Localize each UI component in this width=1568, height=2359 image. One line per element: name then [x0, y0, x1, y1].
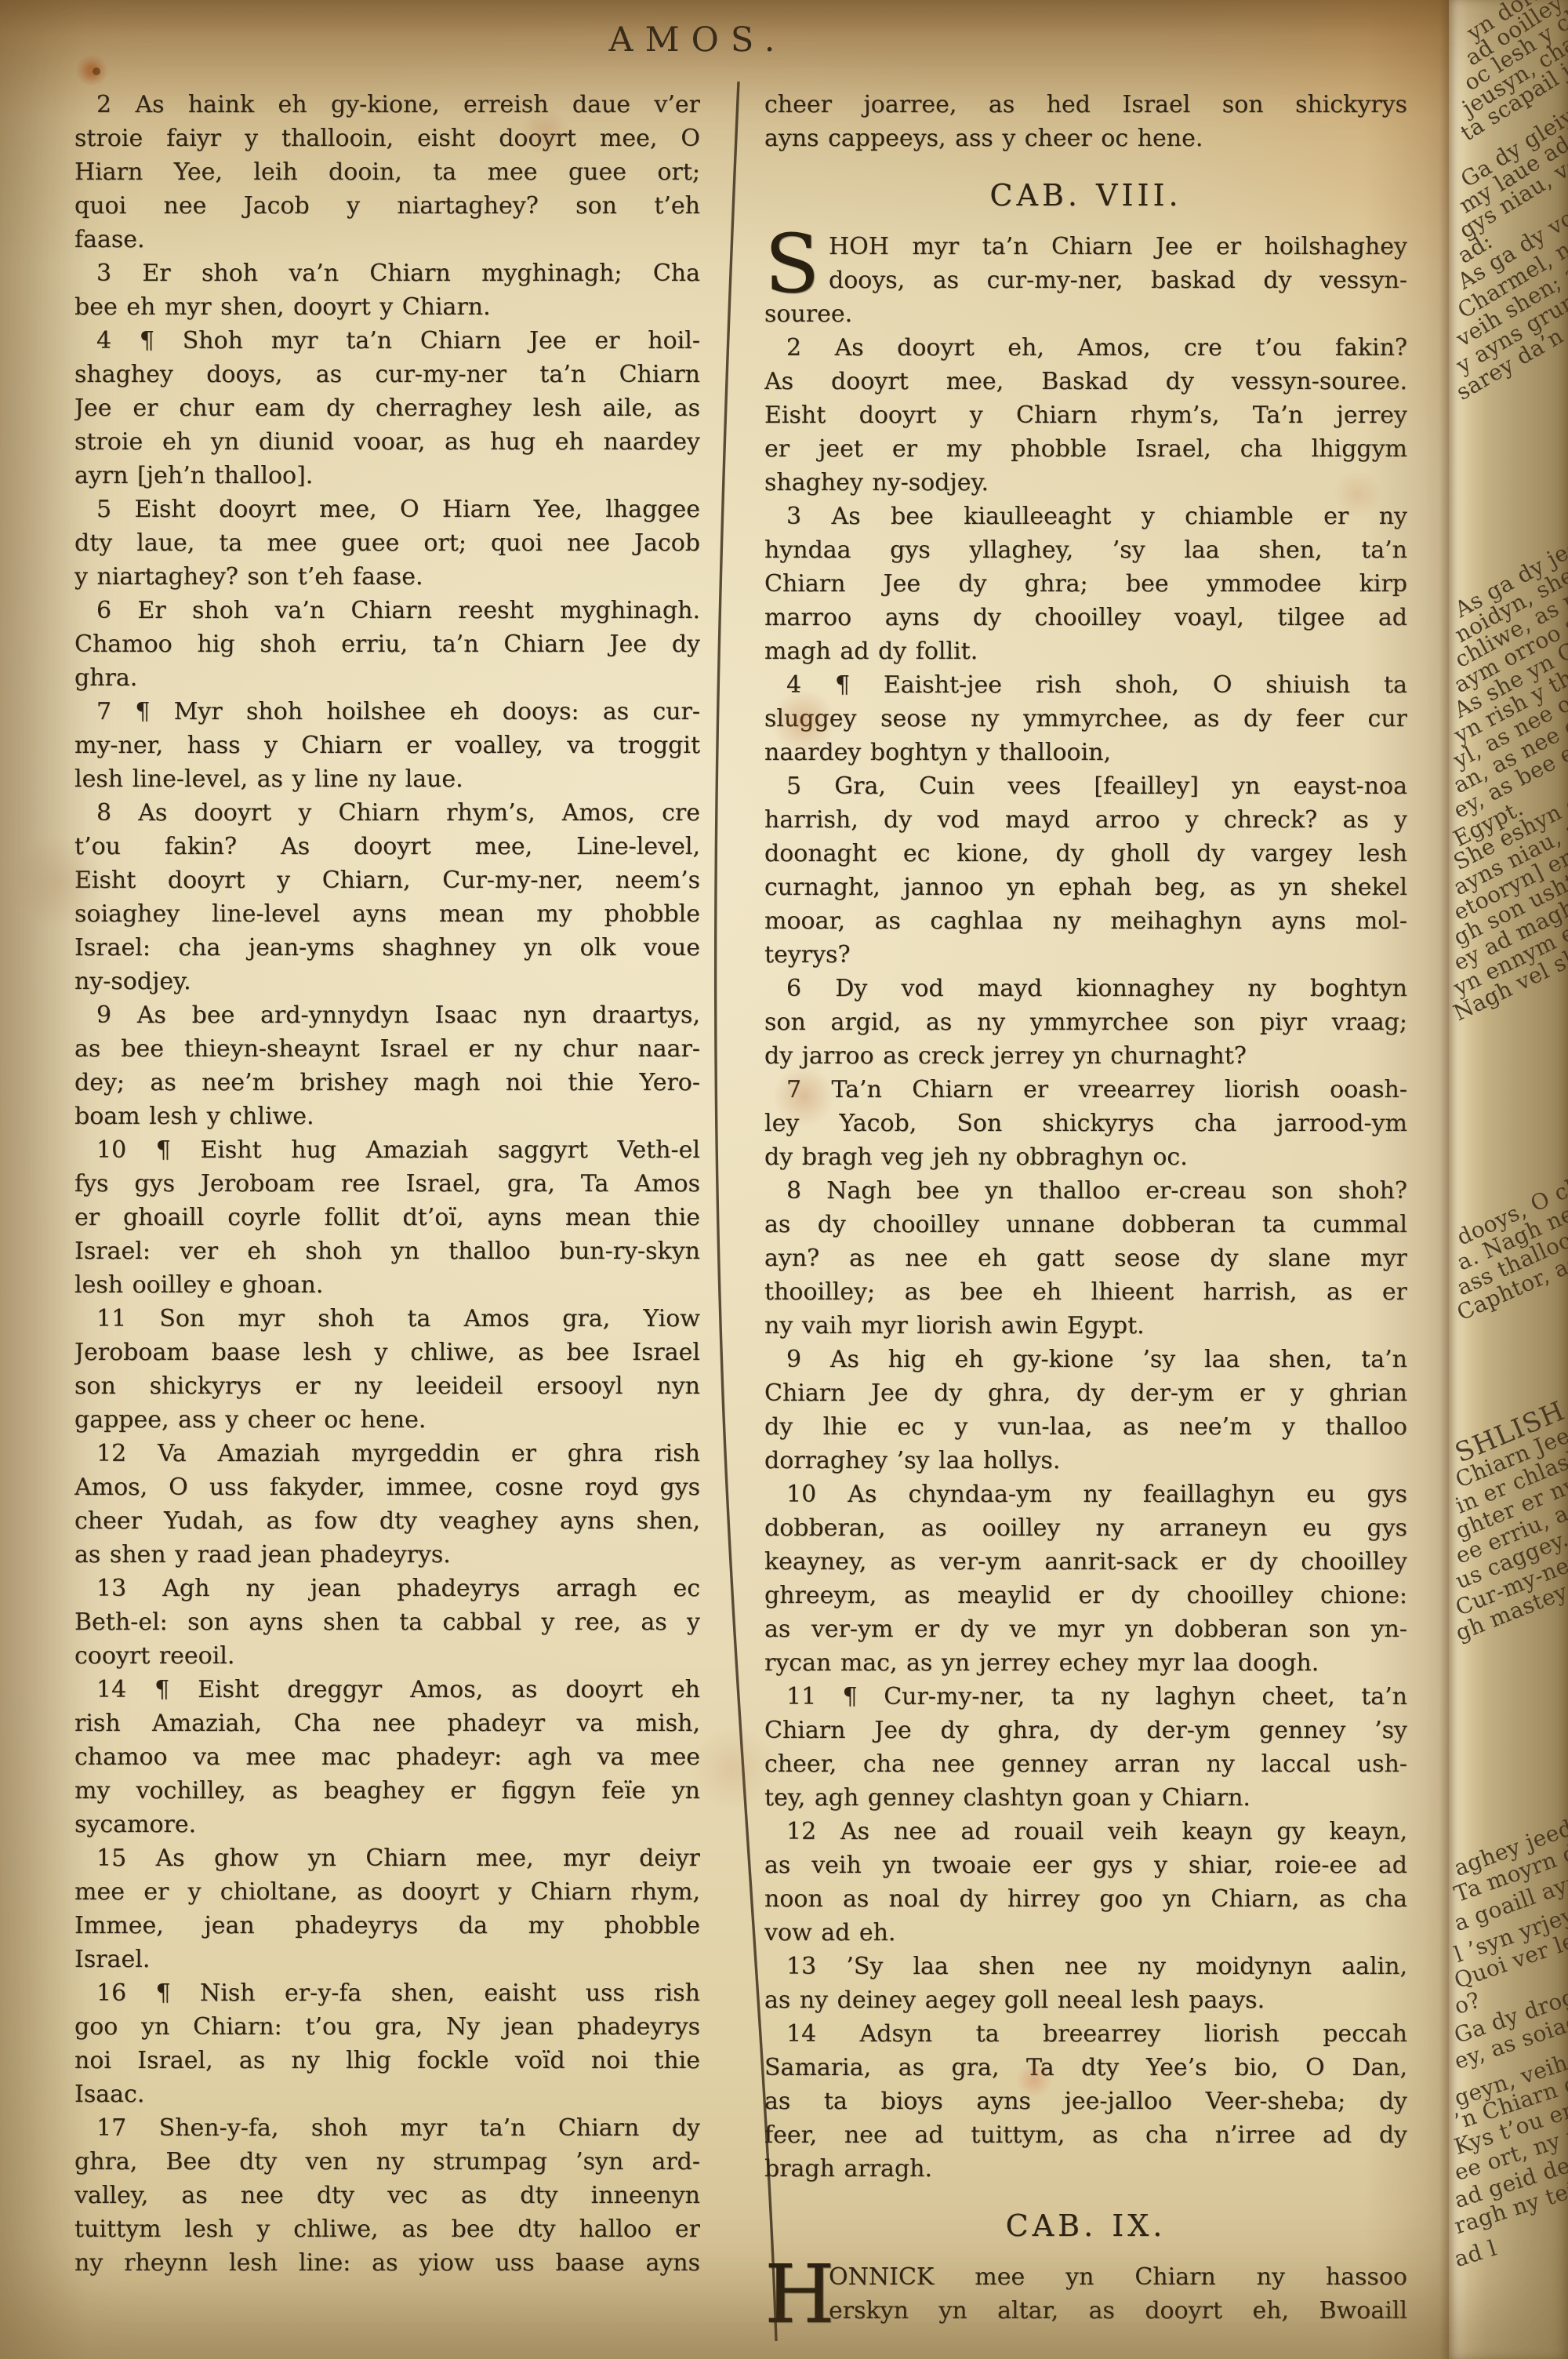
- verse-line: shaghey ny-sodjey.: [764, 466, 1407, 500]
- verse: 16 ¶ Nish er-y-fa shen, eaisht uss rishg…: [74, 1976, 700, 2111]
- verse-line: goo yn Chiarn: t’ou gra, Ny jean phadeyr…: [74, 2010, 700, 2044]
- verse-line: dy jarroo as creck jerrey yn churnaght?: [764, 1039, 1407, 1073]
- verse-line: cheer, cha nee genney arran ny laccal us…: [764, 1747, 1407, 1781]
- verse-line: shaghey dooys, as cur-my-ner ta’n Chiarn: [74, 358, 700, 391]
- chapter-heading: CAB. VIII.: [764, 179, 1407, 213]
- verse-line: lesh ooilley e ghoan.: [74, 1268, 700, 1302]
- verse-line: 13 Agh ny jean phadeyrys arragh ec: [74, 1572, 700, 1605]
- verse-line: as shen y raad jean phadeyrys.: [74, 1538, 700, 1572]
- verse: 12 As nee ad rouail veih keayn gy keayn,…: [764, 1815, 1407, 1950]
- verse: 17 Shen-y-fa, shoh myr ta’n Chiarn dyghr…: [74, 2111, 700, 2280]
- verse: 14 Adsyn ta breearrey liorish peccahSama…: [764, 2017, 1407, 2186]
- verse-line: ONNICK mee yn Chiarn ny hassoo: [764, 2260, 1407, 2294]
- verse-line: Isaac.: [74, 2077, 700, 2111]
- verse-line: Israel: ver eh shoh yn thalloo bun-ry-sk…: [74, 1234, 700, 1268]
- verse-line: rish Amaziah, Cha nee phadeyr va mish,: [74, 1707, 700, 1740]
- verse-line: 8 As dooyrt y Chiarn rhym’s, Amos, cre: [74, 796, 700, 830]
- verse-line: 11 Son myr shoh ta Amos gra, Yiow: [74, 1302, 700, 1336]
- verse-line: dey; as nee’m brishey magh noi thie Yero…: [74, 1066, 700, 1100]
- verse-line: bragh arragh.: [764, 2152, 1407, 2186]
- verse: 6 Dy vod mayd kionnaghey ny boghtynson a…: [764, 972, 1407, 1073]
- verse-line: 4 ¶ Shoh myr ta’n Chiarn Jee er hoil-: [74, 324, 700, 358]
- edge-text-fragment: ad l: [1451, 2235, 1500, 2273]
- verse-line: Amos, O uss fakyder, immee, cosne royd g…: [74, 1470, 700, 1504]
- verse-line: ghra, Bee dty ven ny strumpag ’syn ard-: [74, 2145, 700, 2179]
- verse-line: sycamore.: [74, 1808, 700, 1841]
- verse-line: as ny deiney aegey goll neeal lesh paays…: [764, 1983, 1407, 2017]
- verse-line: as bee thieyn-sheaynt Israel er ny chur …: [74, 1032, 700, 1066]
- verse-line: soiaghey line-level ayns mean my phobble: [74, 897, 700, 931]
- verse-line: Immee, jean phadeyrys da my phobble: [74, 1909, 700, 1943]
- verse-line: erskyn yn altar, as dooyrt eh, Bwoaill: [764, 2294, 1407, 2328]
- verse-line: 5 Gra, Cuin vees [feailley] yn eayst-noa: [764, 769, 1407, 803]
- verse-line: ghreeym, as meaylid er dy chooilley chio…: [764, 1579, 1407, 1612]
- verse-line: 10 As chyndaa-ym ny feaillaghyn eu gys: [764, 1478, 1407, 1511]
- verse-line: Chiarn Jee dy ghra, dy der-ym genney ’sy: [764, 1714, 1407, 1747]
- verse-line: dty laue, ta mee guee ort; quoi nee Jaco…: [74, 526, 700, 560]
- verse-line: ayn? as nee eh gatt seose dy slane myr: [764, 1241, 1407, 1275]
- verse-line: Eisht dooyrt y Chiarn rhym’s, Ta’n jerre…: [764, 398, 1407, 432]
- verse: 13 ’Sy laa shen nee ny moidynyn aalin,as…: [764, 1950, 1407, 2017]
- verse-line: Chiarn Jee dy ghra, dy der-ym er y ghria…: [764, 1376, 1407, 1410]
- verse-line: Israel: cha jean-yms shaghney yn olk vou…: [74, 931, 700, 965]
- drop-cap-letter: H: [764, 2262, 835, 2328]
- left-edge-shading: [0, 0, 86, 2359]
- verse: 12 Va Amaziah myrgeddin er ghra rishAmos…: [74, 1437, 700, 1572]
- verse-line: ayrn [jeh’n thalloo].: [74, 459, 700, 493]
- verse-line: dy lhie ec y vun-laa, as nee’m y thalloo: [764, 1410, 1407, 1444]
- verse-line: stroie eh yn diunid vooar, as hug eh naa…: [74, 425, 700, 459]
- verse-line: valley, as nee dty vec as dty inneenyn: [74, 2179, 700, 2212]
- verse: 2 As dooyrt eh, Amos, cre t’ou fakin?As …: [764, 331, 1407, 500]
- verse: 6 Er shoh va’n Chiarn reesht myghinagh.C…: [74, 594, 700, 695]
- verse: 3 As bee kiaulleeaght y chiamble er nyhy…: [764, 500, 1407, 668]
- verse-line: naardey boghtyn y thallooin,: [764, 736, 1407, 769]
- verse: 8 As dooyrt y Chiarn rhym’s, Amos, cret’…: [74, 796, 700, 998]
- verse-line: cheer Yudah, as fow dty veaghey ayns she…: [74, 1504, 700, 1538]
- verse-line: 6 Er shoh va’n Chiarn reesht myghinagh.: [74, 594, 700, 627]
- verse-line: chamoo va mee mac phadeyr: agh va mee: [74, 1740, 700, 1774]
- ink-speck: [93, 67, 100, 75]
- verse: 7 ¶ Myr shoh hoilshee eh dooys: as cur-m…: [74, 695, 700, 796]
- verse-line: 2 As dooyrt eh, Amos, cre t’ou fakin?: [764, 331, 1407, 365]
- verse-line: 9 As hig eh gy-kione ’sy laa shen, ta’n: [764, 1343, 1407, 1376]
- verse-line: thooilley; as bee eh lhieent harrish, as…: [764, 1275, 1407, 1309]
- verse-line: Beth-el: son ayns shen ta cabbal y ree, …: [74, 1605, 700, 1639]
- verse-line: souree.: [764, 297, 1407, 331]
- verse-line: Hiarn Yee, leih dooin, ta mee guee ort;: [74, 155, 700, 189]
- next-page-curled-edge: yn dorrys, aad ooilley ’syoc lesh y chje…: [1449, 0, 1568, 2359]
- verse-line: As dooyrt mee, Baskad dy vessyn-souree.: [764, 365, 1407, 398]
- verse-line: dy bragh veg jeh ny obbraghyn oc.: [764, 1140, 1407, 1174]
- verse-line: rycan mac, as yn jerrey echey myr laa do…: [764, 1646, 1407, 1680]
- verse: 15 As ghow yn Chiarn mee, myr deiyrmee e…: [74, 1841, 700, 1976]
- verse-line: doonaght ec kione, dy gholl dy vargey le…: [764, 837, 1407, 871]
- verse-line: gappee, ass y cheer oc hene.: [74, 1403, 700, 1437]
- verse-line: ny-sodjey.: [74, 965, 700, 998]
- verse-line: 15 As ghow yn Chiarn mee, myr deiyr: [74, 1841, 700, 1875]
- verse-line: 7 ¶ Myr shoh hoilshee eh dooys: as cur-: [74, 695, 700, 729]
- verse-line: 7 Ta’n Chiarn er vreearrey liorish ooash…: [764, 1073, 1407, 1107]
- verse-line: 12 Va Amaziah myrgeddin er ghra rish: [74, 1437, 700, 1470]
- chapter-opening-verse: SHOH myr ta’n Chiarn Jee er hoilshagheyd…: [764, 230, 1407, 331]
- verse-line: mooar, as caghlaa ny meihaghyn ayns mol-: [764, 904, 1407, 938]
- verse-line: bee eh myr shen, dooyrt y Chiarn.: [74, 290, 700, 324]
- verse-line: keayney, as ver-ym aanrit-sack er dy cho…: [764, 1545, 1407, 1579]
- verse-line: mee er y chioltane, as dooyrt y Chiarn r…: [74, 1875, 700, 1909]
- verse: 10 ¶ Eisht hug Amaziah saggyrt Veth-elfy…: [74, 1133, 700, 1302]
- verse-line: 14 Adsyn ta breearrey liorish peccah: [764, 2017, 1407, 2051]
- verse-line: Jee er chur eam dy cherraghey lesh aile,…: [74, 391, 700, 425]
- verse-line: 3 Er shoh va’n Chiarn myghinagh; Cha: [74, 256, 700, 290]
- verse-line: tuittym lesh y chliwe, as bee dty halloo…: [74, 2212, 700, 2246]
- right-column: cheer joarree, as hed Israel son shickyr…: [764, 88, 1407, 2328]
- verse-line: vow ad eh.: [764, 1916, 1407, 1950]
- verse: 10 As chyndaa-ym ny feaillaghyn eu gysdo…: [764, 1478, 1407, 1680]
- verse-line: 10 ¶ Eisht hug Amaziah saggyrt Veth-el: [74, 1133, 700, 1167]
- verse: 4 ¶ Eaisht-jee rish shoh, O shiuish tasl…: [764, 668, 1407, 769]
- verse-line: harrish, dy vod mayd arroo y chreck? as …: [764, 803, 1407, 837]
- verse: 5 Gra, Cuin vees [feailley] yn eayst-noa…: [764, 769, 1407, 972]
- verse-line: ley Yacob, Son shickyrys cha jarrood-ym: [764, 1107, 1407, 1140]
- verse-line: Eisht dooyrt y Chiarn, Cur-my-ner, neem’…: [74, 863, 700, 897]
- verse-line: hyndaa gys yllaghey, ’sy laa shen, ta’n: [764, 533, 1407, 567]
- verse: 5 Eisht dooyrt mee, O Hiarn Yee, lhaggee…: [74, 493, 700, 594]
- verse-line: stroie faiyr y thallooin, eisht dooyrt m…: [74, 122, 700, 155]
- chapter-heading: CAB. IX.: [764, 2209, 1407, 2243]
- verse-line: 11 ¶ Cur-my-ner, ta ny laghyn cheet, ta’…: [764, 1680, 1407, 1714]
- verse: 9 As hig eh gy-kione ’sy laa shen, ta’nC…: [764, 1343, 1407, 1478]
- verse-line: tey, agh genney clashtyn goan y Chiarn.: [764, 1781, 1407, 1815]
- verse-line: 12 As nee ad rouail veih keayn gy keayn,: [764, 1815, 1407, 1848]
- foxing-stain: [75, 55, 108, 86]
- verse-line: as dy chooilley unnane dobberan ta cumma…: [764, 1208, 1407, 1241]
- verse-line: quoi nee Jacob y niartaghey? son t’eh: [74, 189, 700, 223]
- verse-line: Chiarn Jee dy ghra; bee ymmodee kirp: [764, 567, 1407, 601]
- chapter-opening-verse: HONNICK mee yn Chiarn ny hassooerskyn yn…: [764, 2260, 1407, 2328]
- verse-line: lesh line-level, as y line ny laue.: [74, 762, 700, 796]
- verse-line: Samaria, as gra, Ta dty Yee’s bio, O Dan…: [764, 2051, 1407, 2085]
- verse-line: 9 As bee ard-ynnydyn Isaac nyn draartys,: [74, 998, 700, 1032]
- verse-line: 5 Eisht dooyrt mee, O Hiarn Yee, lhaggee: [74, 493, 700, 526]
- verse-line: 6 Dy vod mayd kionnaghey ny boghtyn: [764, 972, 1407, 1005]
- verse: 4 ¶ Shoh myr ta’n Chiarn Jee er hoil-sha…: [74, 324, 700, 493]
- verse-line: marroo ayns dy chooilley voayl, tilgee a…: [764, 601, 1407, 634]
- verse-line: boam lesh y chliwe.: [74, 1100, 700, 1133]
- running-head: AMOS.: [0, 20, 1396, 60]
- left-column: 2 As haink eh gy-kione, erreish daue v’e…: [74, 88, 700, 2280]
- verse-line: 2 As haink eh gy-kione, erreish daue v’e…: [74, 88, 700, 122]
- verse-line: teyrys?: [764, 938, 1407, 972]
- verse-line: dobberan, as ooilley ny arraneyn eu gys: [764, 1511, 1407, 1545]
- verse-line: my-ner, hass y Chiarn er voalley, va tro…: [74, 729, 700, 762]
- verse-line: Israel.: [74, 1943, 700, 1976]
- verse-line: as veih yn twoaie eer gys y shiar, roie-…: [764, 1848, 1407, 1882]
- verse-line: 17 Shen-y-fa, shoh myr ta’n Chiarn dy: [74, 2111, 700, 2145]
- verse-line: ghra.: [74, 661, 700, 695]
- verse: 8 Nagh bee yn thalloo er-creau son shoh?…: [764, 1174, 1407, 1343]
- verse-line: 3 As bee kiaulleeaght y chiamble er ny: [764, 500, 1407, 533]
- verse-line: sluggey seose ny ymmyrchee, as dy feer c…: [764, 702, 1407, 736]
- page-fold-crease: [1439, 0, 1449, 2359]
- verse-line: 4 ¶ Eaisht-jee rish shoh, O shiuish ta: [764, 668, 1407, 702]
- verse-line: ny vaih myr liorish awin Egypt.: [764, 1309, 1407, 1343]
- verse-line: dorraghey ’sy laa hollys.: [764, 1444, 1407, 1478]
- verse: 13 Agh ny jean phadeyrys arragh ecBeth-e…: [74, 1572, 700, 1673]
- verse: 3 Er shoh va’n Chiarn myghinagh; Chabee …: [74, 256, 700, 324]
- verse: 7 Ta’n Chiarn er vreearrey liorish ooash…: [764, 1073, 1407, 1174]
- verse-line: faase.: [74, 223, 700, 256]
- verse-line: as ver-ym er dy ve myr yn dobberan son y…: [764, 1612, 1407, 1646]
- verse-line: fys gys Jeroboam ree Israel, gra, Ta Amo…: [74, 1167, 700, 1201]
- verse-line: my vochilley, as beaghey er figgyn feïe …: [74, 1774, 700, 1808]
- verse-line: feer, nee ad tuittym, as cha n’irree ad …: [764, 2118, 1407, 2152]
- verse-line: ayns cappeeys, ass y cheer oc hene.: [764, 122, 1407, 155]
- verse-line: curnaght, jannoo yn ephah beg, as yn she…: [764, 871, 1407, 904]
- verse-line: noon as noal dy hirrey goo yn Chiarn, as…: [764, 1882, 1407, 1916]
- verse-line: t’ou fakin? As dooyrt mee, Line-level,: [74, 830, 700, 863]
- verse-line: ny rheynn lesh line: as yiow uss baase a…: [74, 2246, 700, 2280]
- verse-line: noi Israel, as ny lhig fockle voïd noi t…: [74, 2044, 700, 2077]
- verse-line: magh ad dy follit.: [764, 634, 1407, 668]
- verse-line: Jeroboam baase lesh y chliwe, as bee Isr…: [74, 1336, 700, 1369]
- verse: 2 As haink eh gy-kione, erreish daue v’e…: [74, 88, 700, 256]
- verse-line: y niartaghey? son t’eh faase.: [74, 560, 700, 594]
- drop-cap-letter: S: [764, 231, 820, 297]
- verse: 14 ¶ Eisht dreggyr Amos, as dooyrt ehris…: [74, 1673, 700, 1841]
- book-page-photo: AMOS. 2 As haink eh gy-kione, erreish da…: [0, 0, 1568, 2359]
- verse-line: er jeet er my phobble Israel, cha lhiggy…: [764, 432, 1407, 466]
- verse-line: son shickyrys er ny leeideil ersooyl nyn: [74, 1369, 700, 1403]
- verse: 11 Son myr shoh ta Amos gra, YiowJeroboa…: [74, 1302, 700, 1437]
- verse-line: cheer joarree, as hed Israel son shickyr…: [764, 88, 1407, 122]
- verse-line: cooyrt reeoil.: [74, 1639, 700, 1673]
- verse: 11 ¶ Cur-my-ner, ta ny laghyn cheet, ta’…: [764, 1680, 1407, 1815]
- verse-line: 8 Nagh bee yn thalloo er-creau son shoh?: [764, 1174, 1407, 1208]
- verse-line: as ta bioys ayns jee-jalloo Veer-sheba; …: [764, 2085, 1407, 2118]
- verse-line: er ghoaill coyrle follit dt’oï, ayns mea…: [74, 1201, 700, 1234]
- verse-line: 13 ’Sy laa shen nee ny moidynyn aalin,: [764, 1950, 1407, 1983]
- verse-line: HOH myr ta’n Chiarn Jee er hoilshaghey: [764, 230, 1407, 264]
- verse-line: Chamoo hig shoh erriu, ta’n Chiarn Jee d…: [74, 627, 700, 661]
- foxing-stain: [690, 1725, 776, 1812]
- verse-line: 16 ¶ Nish er-y-fa shen, eaisht uss rish: [74, 1976, 700, 2010]
- verse-line: son argid, as ny ymmyrchee son piyr vraa…: [764, 1005, 1407, 1039]
- verse-continuation: cheer joarree, as hed Israel son shickyr…: [764, 88, 1407, 155]
- verse: 9 As bee ard-ynnydyn Isaac nyn draartys,…: [74, 998, 700, 1133]
- verse-line: 14 ¶ Eisht dreggyr Amos, as dooyrt eh: [74, 1673, 700, 1707]
- verse-line: dooys, as cur-my-ner, baskad dy vessyn-: [764, 264, 1407, 297]
